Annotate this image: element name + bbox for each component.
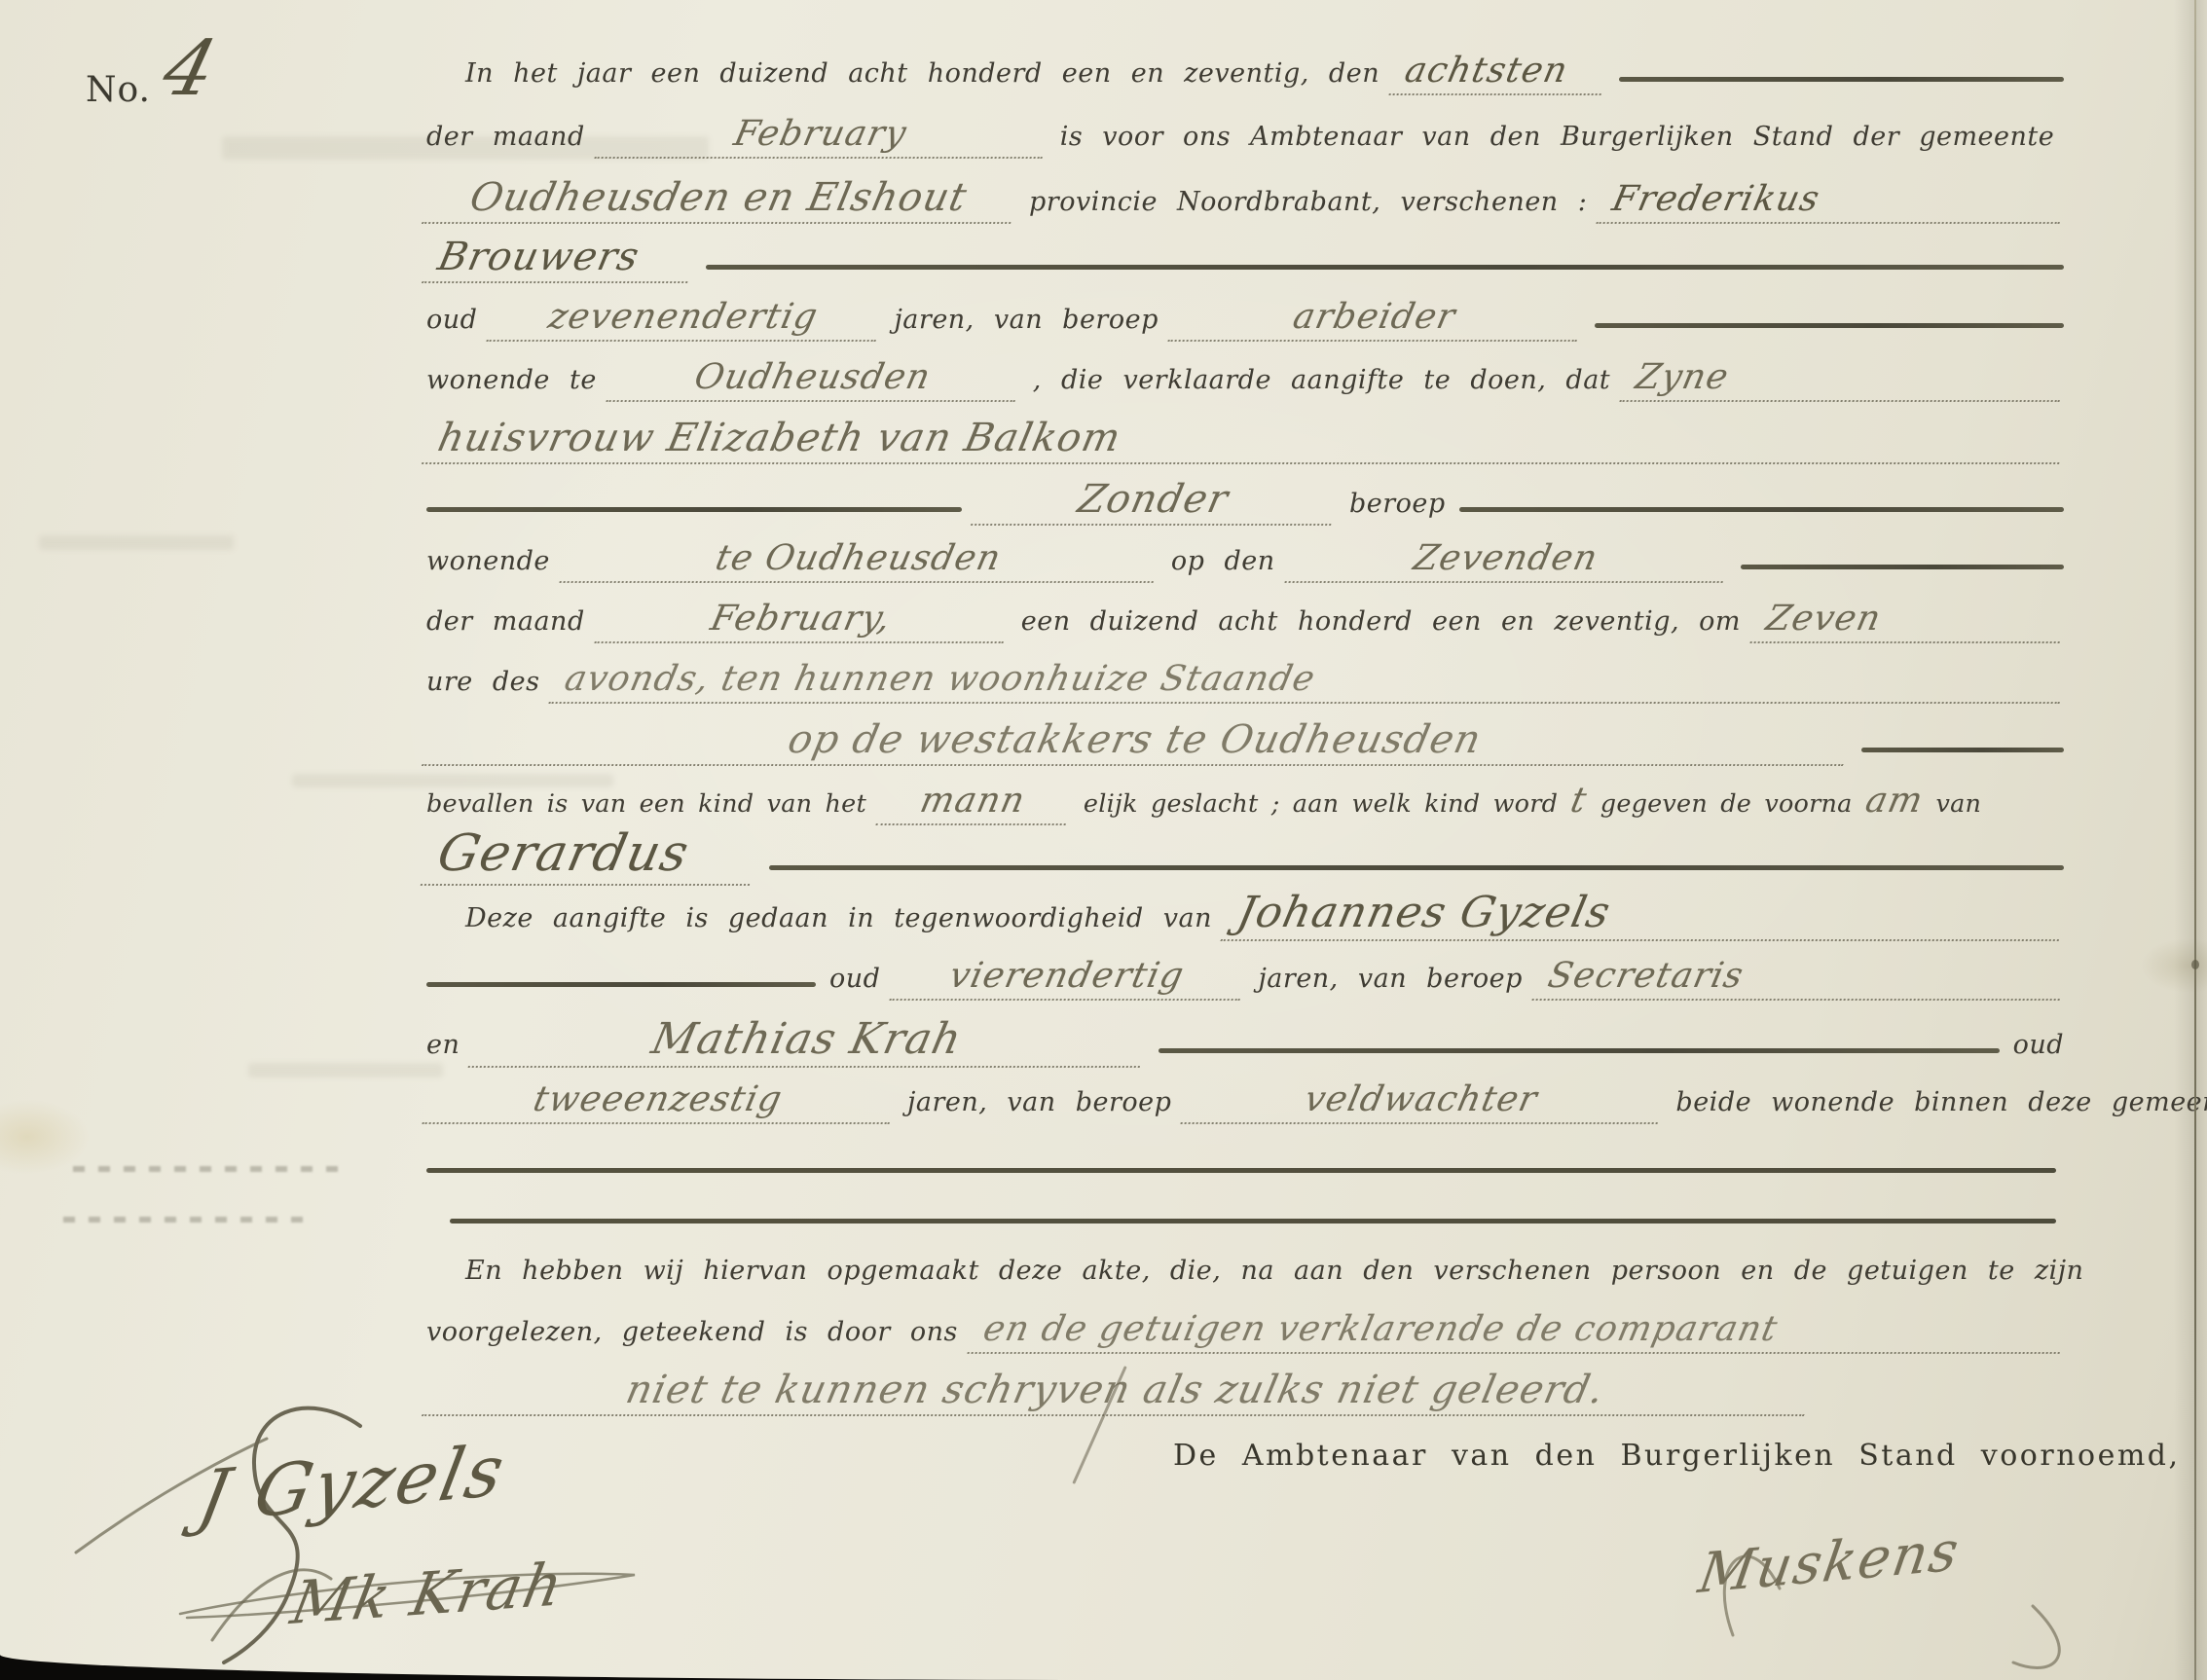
printed-text: op den [1171, 548, 1275, 574]
printed-text: elijk geslacht ; aan welk kind word [1084, 792, 1558, 818]
handwritten-text: Zyne [1620, 360, 2069, 402]
bleedthrough-mark [248, 1063, 443, 1077]
handwritten-declarant-surname: Brouwers [422, 237, 697, 283]
line-birth-place-day: wonende te Oudheusden op den Zevenden [426, 541, 2064, 583]
ruled-line [1619, 77, 2064, 82]
printed-text: wonende [426, 548, 550, 574]
handwritten-birth-address: op de westakkers te Oudheusden [422, 720, 1853, 766]
line-witness2-age-occupation: tweeenzestig jaren, van beroep veldwacht… [426, 1082, 2064, 1124]
printed-text: jaren, van beroep [907, 1089, 1171, 1115]
printed-text: gegeven de voorna [1600, 792, 1853, 818]
bleedthrough-mark [39, 535, 234, 550]
line-closing-1: En hebben wij hiervan opgemaakt deze akt… [465, 1258, 2064, 1284]
line-birth-month-hour: der maand February, een duizend acht hon… [426, 602, 2064, 643]
handwritten-insert: t [1567, 784, 1590, 819]
handwritten-child-name: Gerardus [421, 828, 762, 886]
printed-text: beroep [1349, 491, 1446, 517]
handwritten-birth-month: February, [594, 602, 1012, 643]
line-mother-occupation: Zonder beroep [426, 480, 2064, 526]
line-birth-time-of-day: ure des avonds, ten hunnen woonhuize Sta… [426, 662, 2064, 704]
page-fold-blemish [2191, 960, 2199, 969]
line-closing-2: voorgelezen, geteekend is door ons en de… [426, 1312, 2064, 1354]
line-child-name: Gerardus [426, 828, 2064, 886]
handwritten-witness1-name: Johannes Gyzels [1221, 892, 2070, 941]
handwritten-municipality: Oudheusden en Elshout [422, 178, 1020, 224]
page-fold-seam [2194, 0, 2196, 1680]
printed-text: wonende te [426, 367, 597, 393]
line-witness1-name: Deze aangifte is gedaan in tegenwoordigh… [465, 892, 2064, 941]
act-number-label: No. [86, 70, 151, 110]
printed-text: In het jaar een duizend acht honderd een… [465, 60, 1379, 87]
ruled-line [426, 982, 816, 987]
handwritten-gender: mann [875, 784, 1074, 825]
printed-text: en [426, 1032, 460, 1058]
printed-text: En hebben wij hiervan opgemaakt deze akt… [465, 1258, 2083, 1284]
handwritten-occupation: arbeider [1167, 300, 1585, 342]
line-declarant-residence: wonende te Oudheusden , die verklaarde a… [426, 360, 2064, 402]
printed-text: der maand [426, 124, 585, 150]
page-fold-shadow [2174, 0, 2207, 1680]
ruled-line [426, 507, 962, 512]
handwritten-witness2-occupation: veldwachter [1181, 1082, 1667, 1124]
act-number-value: 4 [155, 25, 225, 113]
handwritten-insert: am [1862, 784, 1927, 819]
line-municipality: Oudheusden en Elshout provincie Noordbra… [426, 178, 2064, 224]
printed-text: , die verklaarde aangifte te doen, dat [1033, 367, 1610, 393]
handwritten-text: avonds, ten hunnen woonhuize Staande [549, 662, 2069, 704]
ink-smudge [73, 1166, 346, 1172]
line-child-gender: bevallen is van een kind van het mann el… [426, 784, 2064, 825]
line-officiant-title: De Ambtenaar van den Burgerlijken Stand … [1173, 1439, 2181, 1473]
birth-act-scan-page: No. 4 In het jaar een duizend acht honde… [0, 0, 2207, 1680]
printed-text: is voor ons Ambtenaar van den Burgerlijk… [1060, 124, 2055, 150]
handwritten-mother-occupation: Zonder [971, 480, 1341, 526]
printed-text: oud [426, 307, 477, 333]
printed-text: ure des [426, 669, 539, 695]
printed-text: bevallen is van een kind van het [426, 792, 866, 818]
handwritten-day: achtsten [1389, 54, 1610, 95]
witness1-signature: J Gyzels [193, 1435, 512, 1533]
ruled-line [1741, 565, 2064, 569]
line-witness1-age-occupation: oud vierendertig jaren, van beroep Secre… [426, 959, 2064, 1001]
line-mother-name: huisvrouw Elizabeth van Balkom [426, 419, 2064, 464]
line-declarant-age-occupation: oud zevenendertig jaren, van beroep arbe… [426, 300, 2064, 342]
printed-text: een duizend acht honderd een en zeventig… [1021, 608, 1741, 635]
official-signature: Muskens [1695, 1524, 1964, 1602]
handwritten-residence: Oudheusden [606, 360, 1023, 402]
handwritten-witness1-occupation: Secretaris [1531, 959, 2068, 1001]
ruled-line [426, 1168, 2056, 1173]
handwritten-month: February [594, 117, 1050, 159]
printed-text: oud [2013, 1032, 2064, 1058]
line-year-and-day: In het jaar een duizend acht honderd een… [465, 54, 2064, 95]
handwritten-closing: niet te kunnen schryven als zulks niet g… [422, 1370, 1814, 1416]
printed-text: beide wonende binnen deze gemeente. [1675, 1089, 2207, 1115]
ruled-line [706, 265, 2064, 270]
handwritten-closing: en de getuigen verklarende de comparant [967, 1312, 2068, 1354]
printed-text: oud [829, 966, 880, 992]
printed-text: jaren, van beroep [1258, 966, 1522, 992]
handwritten-birth-hour: Zeven [1749, 602, 2068, 643]
ink-smudge [63, 1217, 307, 1223]
printed-text: voorgelezen, geteekend is door ons [426, 1319, 958, 1345]
handwritten-declarant-firstname: Frederikus [1597, 182, 2069, 224]
ruled-line [1159, 1048, 1999, 1053]
printed-text: der maand [426, 608, 585, 635]
ruled-line [1459, 507, 2064, 512]
handwritten-age: zevenendertig [487, 300, 885, 342]
handwritten-witness2-age: tweeenzestig [422, 1082, 898, 1124]
printed-text: De Ambtenaar van den Burgerlijken Stand … [1173, 1439, 2181, 1473]
line-witness2-name: en Mathias Krah oud [426, 1018, 2064, 1068]
line-birth-address: op de westakkers te Oudheusden [426, 720, 2064, 766]
line-closing-3: niet te kunnen schryven als zulks niet g… [426, 1370, 2064, 1416]
handwritten-birth-day: Zevenden [1284, 541, 1731, 583]
line-month: der maand February is voor ons Ambtenaar… [426, 117, 2064, 159]
handwritten-birth-residence: te Oudheusden [559, 541, 1161, 583]
handwritten-witness2-name: Mathias Krah [468, 1018, 1151, 1068]
ruled-line [1595, 323, 2064, 328]
printed-text: provincie Noordbrabant, verschenen : [1029, 189, 1587, 215]
line-declarant-surname: Brouwers [426, 237, 2064, 283]
ruled-line [450, 1219, 2056, 1223]
handwritten-mother-name: huisvrouw Elizabeth van Balkom [422, 419, 2069, 464]
handwritten-witness1-age: vierendertig [890, 959, 1249, 1001]
ruled-line [769, 865, 2064, 870]
ruled-line [1861, 748, 2064, 752]
printed-text: van [1936, 792, 1982, 818]
printed-text: jaren, van beroep [894, 307, 1158, 333]
witness2-signature: Mk Krah [286, 1555, 569, 1633]
printed-text: Deze aangifte is gedaan in tegenwoordigh… [465, 905, 1212, 931]
